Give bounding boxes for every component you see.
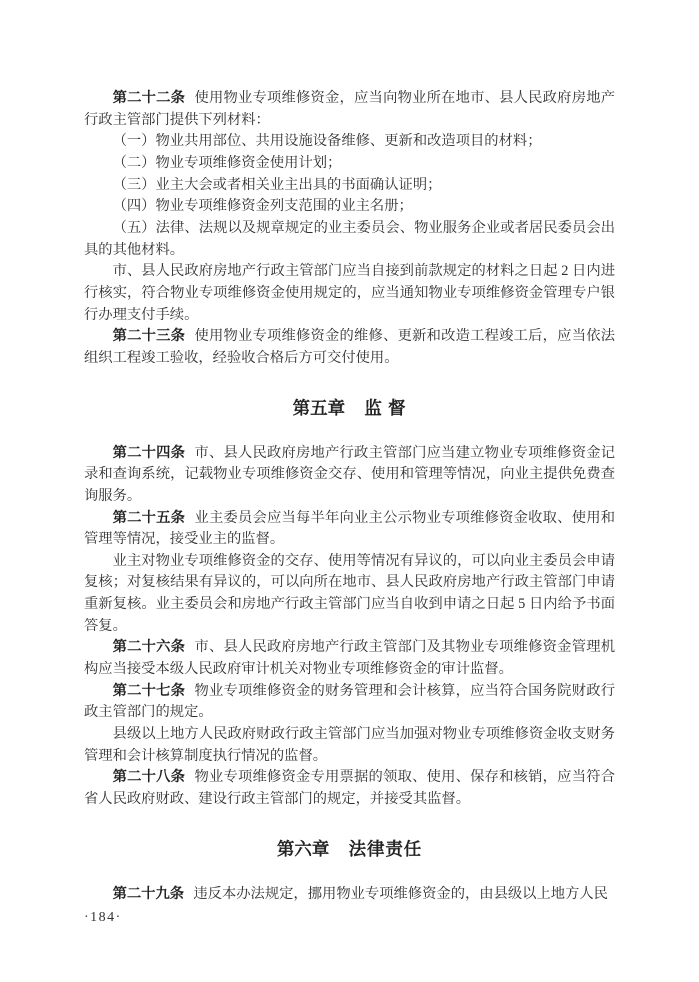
article-paragraph: 第二十二条使用物业专项维修资金，应当向物业所在地市、县人民政府房地产行政主管部门…: [84, 88, 615, 131]
article-paragraph: 第二十四条市、县人民政府房地产行政主管部门应当建立物业专项维修资金记录和查询系统…: [84, 443, 615, 508]
list-item-paragraph: （二）物业专项维修资金使用计划；: [84, 153, 615, 175]
document-body: 第二十二条使用物业专项维修资金，应当向物业所在地市、县人民政府房地产行政主管部门…: [84, 88, 615, 905]
page-number: ·184·: [84, 910, 122, 926]
list-item-paragraph: （一）物业共用部位、共用设施设备维修、更新和改造项目的材料；: [84, 131, 615, 153]
article-number: 第二十三条: [113, 328, 186, 344]
list-item-paragraph: （三）业主大会或者相关业主出具的书面确认证明；: [84, 175, 615, 197]
body-paragraph: 业主对物业专项维修资金的交存、使用等情况有异议的，可以向业主委员会申请复核；对复…: [84, 551, 615, 638]
article-number: 第二十九条: [113, 886, 184, 902]
list-item-paragraph: （五）法律、法规以及规章规定的业主委员会、物业服务企业或者居民委员会出具的其他材…: [84, 218, 615, 261]
article-paragraph: 第二十八条物业专项维修资金专用票据的领取、使用、保存和核销，应当符合省人民政府财…: [84, 767, 615, 810]
article-text: 违反本办法规定，挪用物业专项维修资金的，由县级以上地方人民: [193, 886, 608, 902]
chapter-heading: 第五章监 督: [84, 395, 615, 421]
article-number: 第二十四条: [113, 445, 186, 461]
article-paragraph: 第二十七条物业专项维修资金的财务管理和会计核算，应当符合国务院财政行政主管部门的…: [84, 681, 615, 724]
body-paragraph: 县级以上地方人民政府财政行政主管部门应当加强对物业专项维修资金收支财务管理和会计…: [84, 724, 615, 767]
article-paragraph: 第二十三条使用物业专项维修资金的维修、更新和改造工程竣工后，应当依法组织工程竣工…: [84, 326, 615, 369]
article-number: 第二十七条: [113, 683, 186, 699]
chapter-title: 监 督: [364, 398, 406, 418]
document-page: 第二十二条使用物业专项维修资金，应当向物业所在地市、县人民政府房地产行政主管部门…: [0, 0, 699, 982]
article-number: 第二十五条: [113, 510, 186, 526]
list-item-paragraph: （四）物业专项维修资金列支范围的业主名册；: [84, 196, 615, 218]
chapter-title: 法律责任: [349, 839, 423, 859]
article-number: 第二十八条: [113, 769, 186, 785]
chapter-number: 第六章: [277, 839, 330, 859]
body-paragraph: 市、县人民政府房地产行政主管部门应当自接到前款规定的材料之日起 2 日内进行核实…: [84, 261, 615, 326]
article-number: 第二十二条: [113, 90, 186, 106]
article-number: 第二十六条: [113, 639, 186, 655]
article-paragraph: 第二十五条业主委员会应当每半年向业主公示物业专项维修资金收取、使用和管理等情况，…: [84, 508, 615, 551]
chapter-heading: 第六章法律责任: [84, 836, 615, 862]
article-paragraph: 第二十九条违反本办法规定，挪用物业专项维修资金的，由县级以上地方人民: [84, 884, 615, 906]
article-paragraph: 第二十六条市、县人民政府房地产行政主管部门及其物业专项维修资金管理机构应当接受本…: [84, 637, 615, 680]
chapter-number: 第五章: [293, 398, 346, 418]
